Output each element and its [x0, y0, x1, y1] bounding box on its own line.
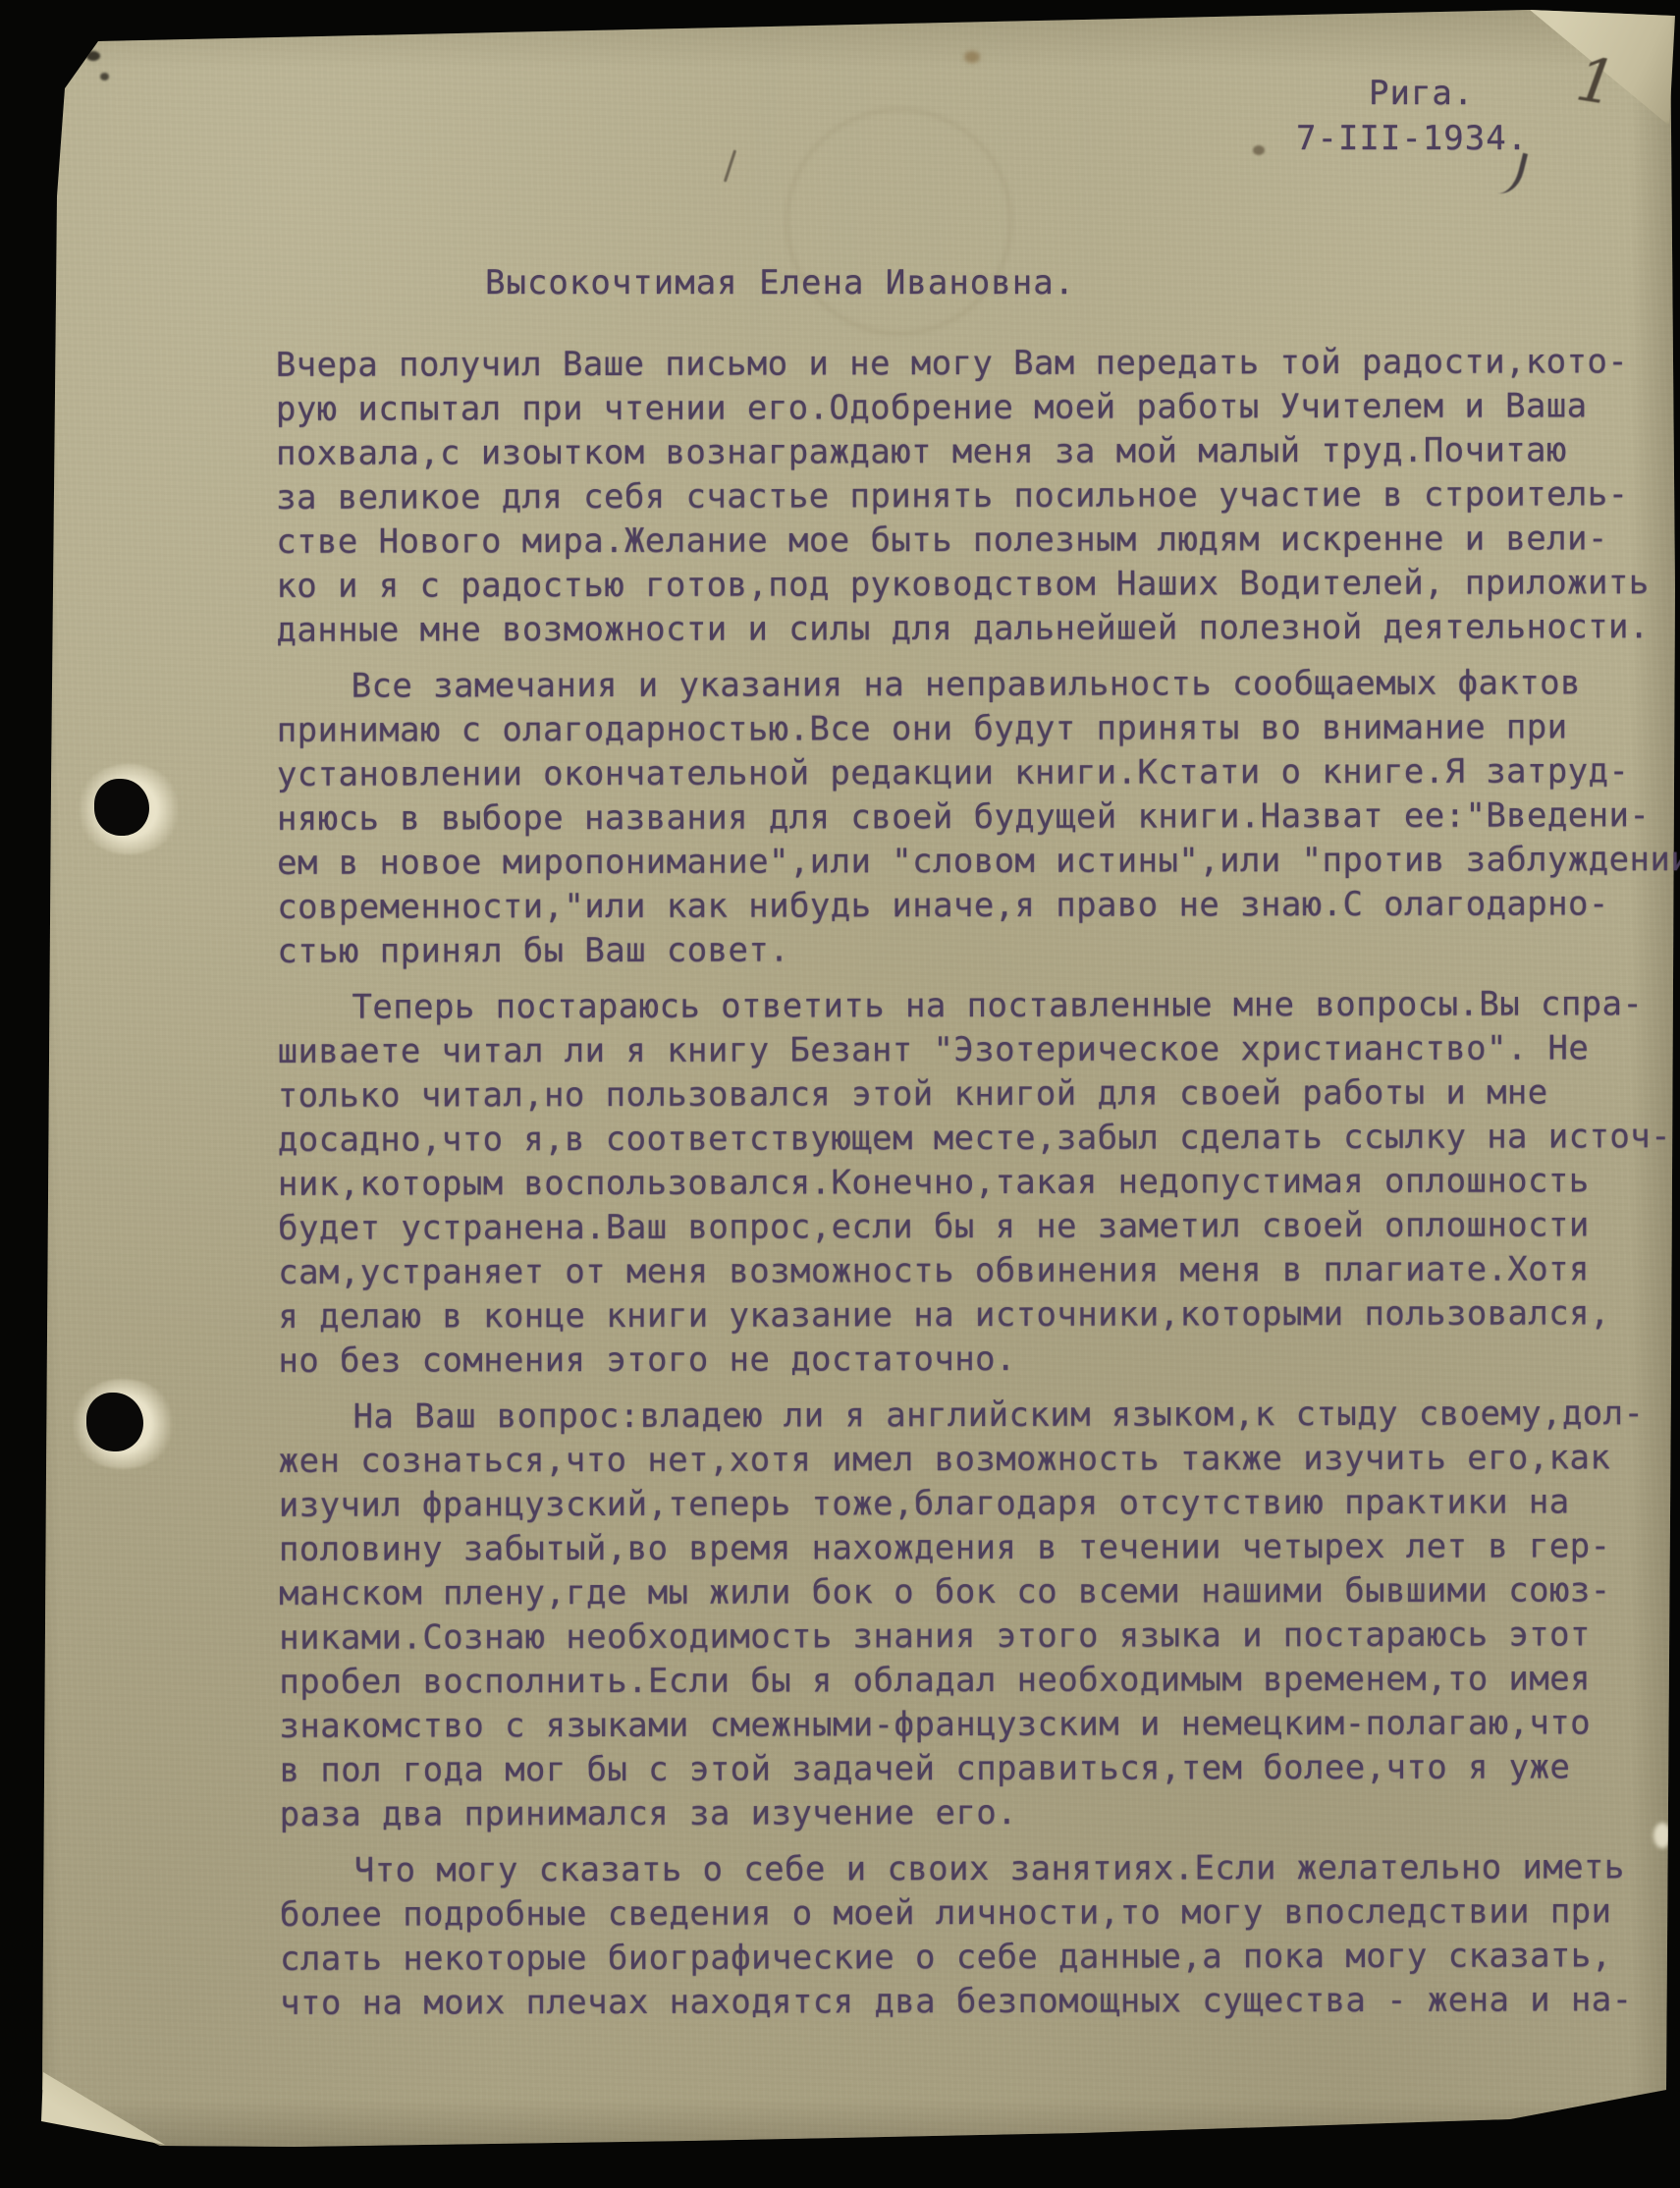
paper-stain — [1253, 145, 1265, 155]
letter-line: Что могу сказать о себе и своих занятиях… — [280, 1845, 1680, 1893]
paragraph: Вчера получил Ваше письмо и не могу Вам … — [276, 340, 1680, 653]
letter-line: только читал,но пользовался этой книгой … — [278, 1070, 1680, 1119]
letter-line: пробел восполнить.Если бы я обладал необ… — [279, 1657, 1680, 1705]
paper-stain — [86, 51, 100, 61]
letter-line: На Ваш вопрос:владею ли я английским язы… — [279, 1392, 1680, 1440]
letter-line: досадно,что я,в соответствующем месте,за… — [278, 1115, 1680, 1163]
letter-line: будет устранена.Ваш вопрос,если бы я не … — [278, 1203, 1680, 1251]
punch-hole — [86, 1393, 143, 1451]
letter-line: в пол года мог бы с этой задачей справит… — [279, 1745, 1680, 1793]
letter-line: изучил французский,теперь тоже,благодаря… — [279, 1480, 1680, 1528]
letter-line: знакомство с языками смежными-французски… — [279, 1701, 1680, 1749]
letter-line: данные мне возможности и силы для дальне… — [276, 605, 1680, 653]
paragraph: Все замечания и указания на неправильнос… — [277, 661, 1680, 974]
place-line: Рига. — [1296, 71, 1591, 116]
letter-line: за великое для себя счастье принять поси… — [276, 472, 1680, 520]
letter-line: стве Нового мира.Желание мое быть полезн… — [276, 517, 1680, 565]
letter-line: ем в новое миропонимание",или "словом ис… — [277, 838, 1680, 886]
paper-stain — [100, 73, 109, 81]
letter-line: слать некоторые биографические о себе да… — [280, 1934, 1680, 1982]
scan-background: 1 Рига. 7-III-1934. Высокочтимая Елена И… — [0, 0, 1680, 2188]
letter-line: Вчера получил Ваше письмо и не могу Вам … — [276, 340, 1680, 388]
letter-line: ник,которым воспользовался.Конечно,такая… — [278, 1159, 1680, 1207]
paragraph: Что могу сказать о себе и своих занятиях… — [280, 1845, 1680, 2026]
letter-line: шиваете читал ли я книгу Безант "Эзотери… — [278, 1026, 1680, 1074]
letter-line: никами.Сознаю необходимость знания этого… — [279, 1613, 1680, 1661]
letter-line: похвала,с изоытком вознаграждают меня за… — [276, 428, 1680, 476]
punch-hole — [94, 779, 149, 836]
paragraph: На Ваш вопрос:владею ли я английским язы… — [279, 1392, 1680, 1837]
paper-stain — [964, 51, 980, 63]
letter-line: что на моих плечах находятся два безпомо… — [280, 1978, 1680, 2026]
letter-line: но без сомнения этого не достаточно. — [278, 1336, 1680, 1384]
letter-line: манском плену,где мы жили бок о бок со в… — [279, 1568, 1680, 1616]
letter-line: более подробные сведения о моей личности… — [280, 1889, 1680, 1938]
letter-line: ко и я с радостью готов,под руководством… — [276, 561, 1680, 609]
letter-line: установлении окончательной редакции книг… — [277, 749, 1680, 797]
letter-line: половину забытый,во время нахождения в т… — [279, 1524, 1680, 1572]
letter-line: Теперь постараюсь ответить на поставленн… — [277, 982, 1680, 1030]
letter-line: принимаю с олагодарностью.Все они будут … — [277, 705, 1680, 753]
letter-line: стью принял бы Ваш совет. — [277, 926, 1680, 974]
letter-line: я делаю в конце книги указание на источн… — [278, 1291, 1680, 1340]
date-block: Рига. 7-III-1934. — [1296, 71, 1591, 161]
paragraph: Теперь постараюсь ответить на поставленн… — [277, 982, 1680, 1384]
letter-line: рую испытал при чтении его.Одобрение мое… — [276, 384, 1680, 432]
date-line: 7-III-1934. — [1296, 116, 1591, 161]
salutation-line: Высокочтимая Елена Ивановна. — [485, 263, 1075, 302]
letter-line: Все замечания и указания на неправильнос… — [277, 661, 1680, 709]
letter-line: жен сознаться,что нет,хотя имел возможно… — [279, 1436, 1680, 1484]
letter-line: сам,устраняет от меня возможность обвине… — [278, 1247, 1680, 1295]
letter-line: современности,"или как нибудь иначе,я пр… — [277, 882, 1680, 930]
letter-body: Вчера получил Ваше письмо и не могу Вам … — [276, 340, 1680, 2038]
letter-line: няюсь в выборе названия для своей будуще… — [277, 793, 1680, 842]
letter-line: раза два принимался за изучение его. — [280, 1789, 1680, 1837]
